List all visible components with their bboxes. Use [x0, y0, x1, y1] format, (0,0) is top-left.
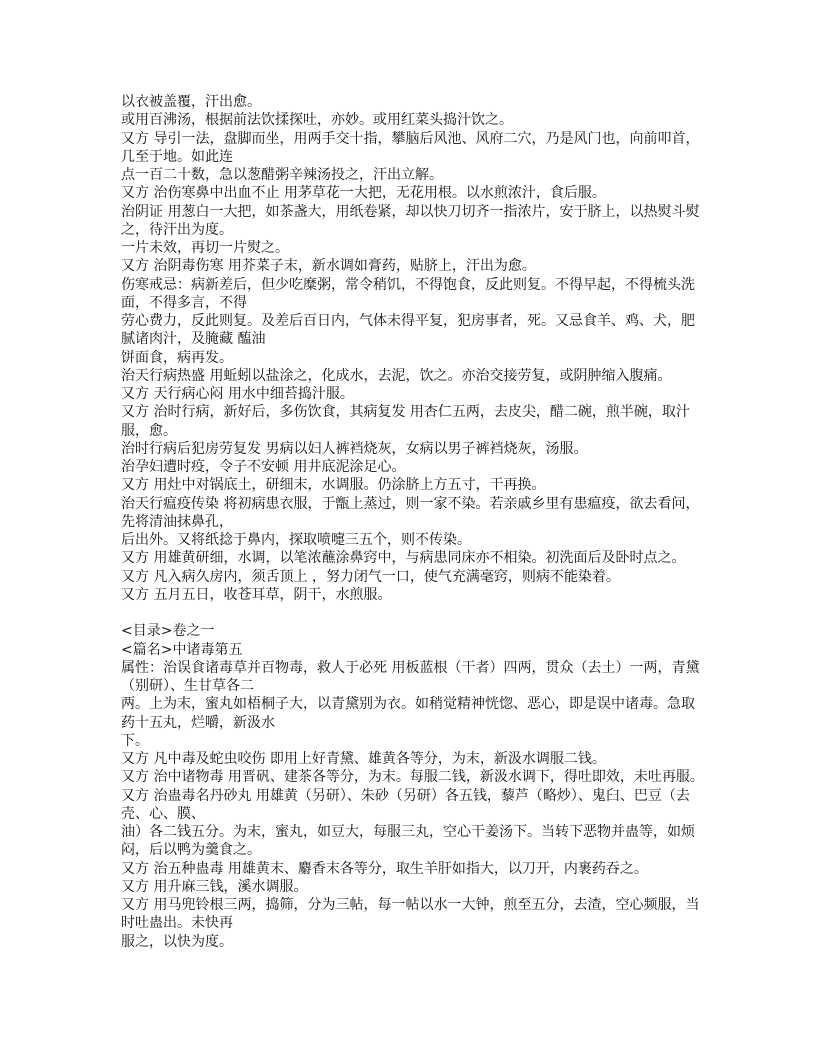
blank-line	[121, 604, 711, 622]
text-line: 后出外。又将纸捻于鼻内，探取喷嚏三五个，则不传染。	[121, 531, 711, 549]
section-catalog-heading: <目录>卷之一	[121, 622, 711, 640]
text-line: 治时行病后犯房劳复发 男病以妇人裤裆烧灰，女病以男子裤裆烧灰，汤服。	[121, 440, 711, 458]
text-line: 几至于地。如此连	[121, 148, 711, 166]
document-body: 以衣被盖覆，汗出愈。 或用百沸汤，根据前法饮揉探吐，亦妙。或用红菜头捣汁饮之。 …	[121, 93, 711, 951]
text-line: 又方 用马兜铃根三两，捣筛，分为三帖，每一帖以水一大钟，煎至五分，去渣，空心频服…	[121, 896, 711, 914]
section-chapter-heading: <篇名>中诸毒第五	[121, 641, 711, 659]
text-line: 治天行瘟疫传染 将初病患衣服，于甑上蒸过，则一家不染。若亲戚乡里有患瘟疫，欲去看…	[121, 495, 711, 513]
text-line: 伤寒戒忌：病新差后，但少吃糜粥，常令稍饥，不得饱食，反此则复。不得早起，不得梳头…	[121, 276, 711, 294]
text-line: 治阴证 用葱白一大把，如茶盏大，用纸卷紧，却以快刀切齐一指浓片，安于脐上，以热熨…	[121, 203, 711, 221]
text-line: 点一百二十数，急以葱醋粥辛辣汤投之，汗出立解。	[121, 166, 711, 184]
text-line: 又方 治蛊毒名丹砂丸 用雄黄（另研）、朱砂（另研）各五钱，藜芦（略炒）、鬼臼、巴…	[121, 787, 711, 805]
text-line: 又方 治五种蛊毒 用雄黄末、麝香末各等分，取生羊肝如指大，以刀开，内裹药吞之。	[121, 860, 711, 878]
text-line: 饼面食，病再发。	[121, 349, 711, 367]
text-line: 时吐蛊出。未快再	[121, 914, 711, 932]
text-line: 两。上为末，蜜丸如梧桐子大，以青黛别为衣。如稍觉精神恍惚、恶心，即是误中诸毒。急…	[121, 695, 711, 713]
text-line: （别研）、生甘草各二	[121, 677, 711, 695]
text-line: 药十五丸，烂嚼，新汲水	[121, 714, 711, 732]
text-line: 又方 用雄黄研细，水调，以笔浓蘸涂鼻窍中，与病患同床亦不相染。初洗面后及卧时点之…	[121, 549, 711, 567]
document-page: 以衣被盖覆，汗出愈。 或用百沸汤，根据前法饮揉探吐，亦妙。或用红菜头捣汁饮之。 …	[0, 0, 816, 1056]
text-line: 下。	[121, 732, 711, 750]
text-line: 又方 天行病心闷 用水中细苔捣汁服。	[121, 385, 711, 403]
text-line: 又方 凡入病久房内，须舌顶上 ，努力闭气一口，使气充满毫窍，则病不能染着。	[121, 568, 711, 586]
text-line: 又方 治阴毒伤寒 用芥菜子末，新水调如膏药，贴脐上，汗出为愈。	[121, 257, 711, 275]
text-line: 又方 治时行病，新好后，多伤饮食，其病复发 用杏仁五两，去皮尖，醋二碗，煎半碗，…	[121, 403, 711, 421]
text-line: 油）各二钱五分。为末，蜜丸，如豆大，每服三丸，空心干姜汤下。当转下恶物并蛊等，如…	[121, 823, 711, 841]
text-line: 又方 治中诸物毒 用晋矾、建茶各等分，为末。每服二钱，新汲水调下，得吐即效，未吐…	[121, 768, 711, 786]
text-line: 壳、心、膜、	[121, 805, 711, 823]
text-line: 又方 用升麻三钱，溪水调服。	[121, 878, 711, 896]
text-line: 以衣被盖覆，汗出愈。	[121, 93, 711, 111]
text-line: 又方 五月五日，收苍耳草，阴干，水煎服。	[121, 586, 711, 604]
text-line: 又方 导引一法，盘脚而坐，用两手交十指，攀脑后风池、风府二穴，乃是风门也，向前叩…	[121, 130, 711, 148]
text-line: 一片未效，再切一片熨之。	[121, 239, 711, 257]
text-line: 又方 用灶中对锅底土，研细末，水调服。仍涂脐上方五寸，干再换。	[121, 476, 711, 494]
text-line: 治天行病热盛 用蚯蚓以盐涂之，化成水，去泥，饮之。亦治交接劳复，或阴肿缩入腹痛。	[121, 367, 711, 385]
text-line: 属性：治误食诸毒草并百物毒，救人于必死 用板蓝根（干者）四两，贯众（去土）一两，…	[121, 659, 711, 677]
text-line: 面，不得多言，不得	[121, 294, 711, 312]
text-line: 又方 凡中毒及蛇虫咬伤 即用上好青黛、雄黄各等分，为末，新汲水调服二钱。	[121, 750, 711, 768]
text-line: 治孕妇遭时疫，令子不安顿 用井底泥涂足心。	[121, 458, 711, 476]
text-line: 闷，后以鸭为羹食之。	[121, 841, 711, 859]
text-line: 又方 治伤寒鼻中出血不止 用茅草花一大把，无花用根。以水煎浓汁，食后服。	[121, 184, 711, 202]
text-line: 服之，以快为度。	[121, 933, 711, 951]
text-line: 劳心费力，反此则复。及差后百日内，气体未得平复，犯房事者，死。又忌食羊、鸡、犬，…	[121, 312, 711, 330]
text-line: 或用百沸汤，根据前法饮揉探吐，亦妙。或用红菜头捣汁饮之。	[121, 111, 711, 129]
text-line: 先将清油抹鼻孔，	[121, 513, 711, 531]
text-line: 腻诸肉汁，及腌藏 醢油	[121, 330, 711, 348]
text-line: 服，愈。	[121, 422, 711, 440]
text-line: 之，待汗出为度。	[121, 221, 711, 239]
